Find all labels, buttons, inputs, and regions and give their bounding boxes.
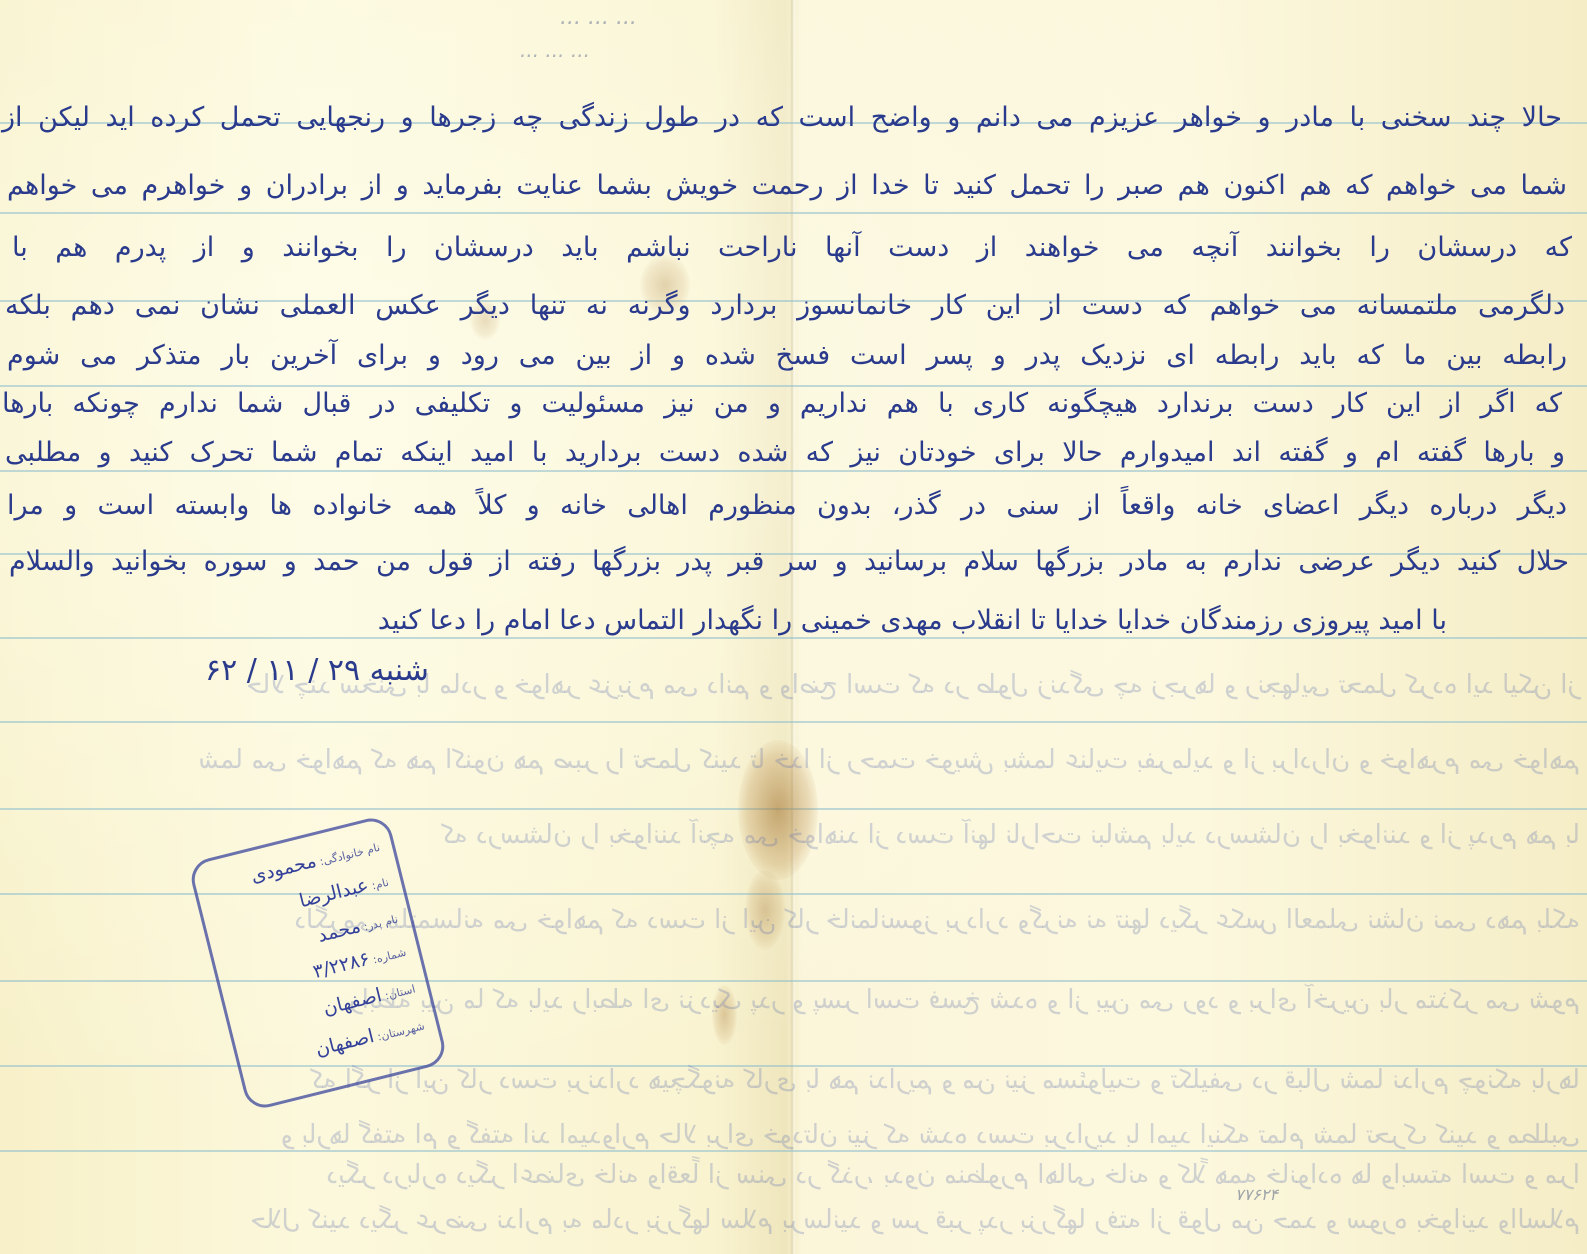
- stamp-field-father: نام پدر: محمد: [315, 906, 399, 947]
- pencil-note-line-1: ... ... ...: [560, 5, 637, 30]
- date-line: شنبه ۲۹ / ۱۱ / ۶۲: [205, 653, 429, 688]
- stamp-label: نام پدر:: [363, 913, 400, 934]
- letter-line: دیگر درباره دیگر اعضای خانه واقعاً از سن…: [7, 490, 1567, 521]
- letter-line: شما می خواهم که هم اکنون هم صبر را تحمل …: [7, 170, 1567, 201]
- stamp-value: عبدالرضا: [297, 874, 371, 912]
- letter-line: حلال کنید دیگر عرضی ندارم به مادر بزرگها…: [9, 546, 1569, 577]
- rule-line: [0, 637, 1587, 639]
- letter-line: که اگر از این کار دست برندارد هیچگونه کا…: [2, 388, 1562, 419]
- stamp-label: شهرستان:: [376, 1019, 426, 1043]
- bleed-through-line: و بارها گفته ام و گفته اند امیدوارم حالا…: [10, 1120, 1580, 1150]
- rule-line: [0, 721, 1587, 723]
- rule-line: [0, 212, 1587, 214]
- rule-line: [0, 470, 1587, 472]
- stamp-value: اصفهان: [321, 984, 384, 1020]
- rule-line: [0, 385, 1587, 387]
- rule-line: [0, 1150, 1587, 1152]
- pencil-note-line-2: ... ... ...: [520, 38, 590, 62]
- bleed-through-line: شما می خواهم که هم اکنون هم صبر را تحمل …: [10, 745, 1580, 775]
- letter-line: رابطه بین ما که باید رابطه ای نزدیک پدر …: [7, 340, 1567, 371]
- letter-line: با امید پیروزی رزمندگان خدایا خدایا تا ا…: [27, 605, 1447, 636]
- stamp-value: ۳/۲۲۸۶: [311, 948, 372, 983]
- stamp-label: نام خانوادگی:: [318, 841, 381, 869]
- letter-line: که درسشان را بخوانند آنچه می خواهند از د…: [12, 232, 1572, 263]
- letter-line: و بارها گفته ام و گفته اند امیدوارم حالا…: [5, 437, 1565, 468]
- stamp-field-province: استان: اصفهان: [321, 976, 417, 1020]
- bleed-through-line: دیگر درباره دیگر اعضای خانه واقعاً از سن…: [10, 1160, 1580, 1190]
- stamp-value: محمودی: [249, 850, 319, 887]
- stamp-value: محمد: [315, 915, 362, 947]
- stamp-label: نام:: [371, 876, 391, 893]
- archive-number: ۷۷۶۲۴: [1235, 1185, 1278, 1204]
- stamp-label: استان:: [384, 982, 417, 1002]
- bleed-through-line: که درسشان را بخوانند آنچه می خواهند از د…: [10, 820, 1580, 850]
- stamp-value: اصفهان: [313, 1025, 376, 1061]
- letter-line: دلگرمی ملتمسانه می خواهم که دست از این ک…: [5, 290, 1565, 321]
- letter-line: حالا چند سخنی با مادر و خواهر عزیزم می د…: [2, 102, 1562, 133]
- stamp-label: شماره:: [372, 946, 408, 967]
- stamp-field-name: نام: عبدالرضا: [297, 869, 391, 912]
- bleed-through-line: حلال کنید دیگر عرضی ندارم به مادر بزرگها…: [10, 1205, 1580, 1235]
- stamp-field-county: شهرستان: اصفهان: [313, 1013, 426, 1061]
